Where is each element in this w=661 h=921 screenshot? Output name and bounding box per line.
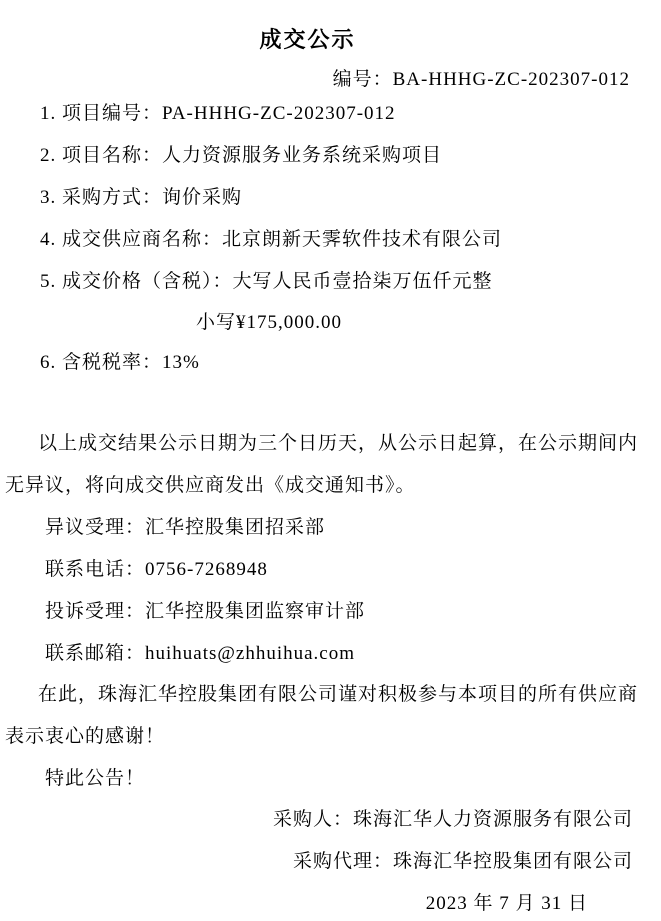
item-procurement-method: 3. 采购方式：询价采购 [40,187,242,209]
doc-number: 编号：BA-HHHG-ZC-202307-012 [333,69,630,91]
item-winning-supplier: 4. 成交供应商名称：北京朗新天霁软件技术有限公司 [40,229,502,251]
item-award-price: 5. 成交价格（含税）：大写人民币壹拾柒万伍仟元整 [40,271,493,293]
contact-complaint: 投诉受理：汇华控股集团监察审计部 [45,601,365,623]
item-project-number: 1. 项目编号：PA-HHHG-ZC-202307-012 [40,103,396,125]
notice-line-2: 无异议，将向成交供应商发出《成交通知书》。 [5,475,416,497]
signature-date: 2023 年 7 月 31 日 [426,893,588,915]
award-announcement-page: 成交公示 编号：BA-HHHG-ZC-202307-012 1. 项目编号：PA… [0,0,661,921]
price-numeric: 小写¥175,000.00 [196,312,342,334]
contact-email: 联系邮箱：huihuats@zhhuihua.com [45,643,355,665]
item-tax-rate: 6. 含税税率：13% [40,352,200,374]
signature-agent: 采购代理：珠海汇华控股集团有限公司 [293,851,633,873]
notice-line-1: 以上成交结果公示日期为三个日历天，从公示日起算，在公示期间内 [38,433,638,455]
signature-purchaser: 采购人：珠海汇华人力资源服务有限公司 [273,809,633,831]
contact-phone: 联系电话：0756-7268948 [45,559,268,581]
item-project-name: 2. 项目名称：人力资源服务业务系统采购项目 [40,145,442,167]
thanks-line-1: 在此，珠海汇华控股集团有限公司谨对积极参与本项目的所有供应商 [38,684,638,706]
contact-objection: 异议受理：汇华控股集团招采部 [45,517,325,539]
closing-statement: 特此公告！ [45,768,145,790]
page-title: 成交公示 [0,29,661,51]
thanks-line-2: 表示衷心的感谢！ [5,726,165,748]
